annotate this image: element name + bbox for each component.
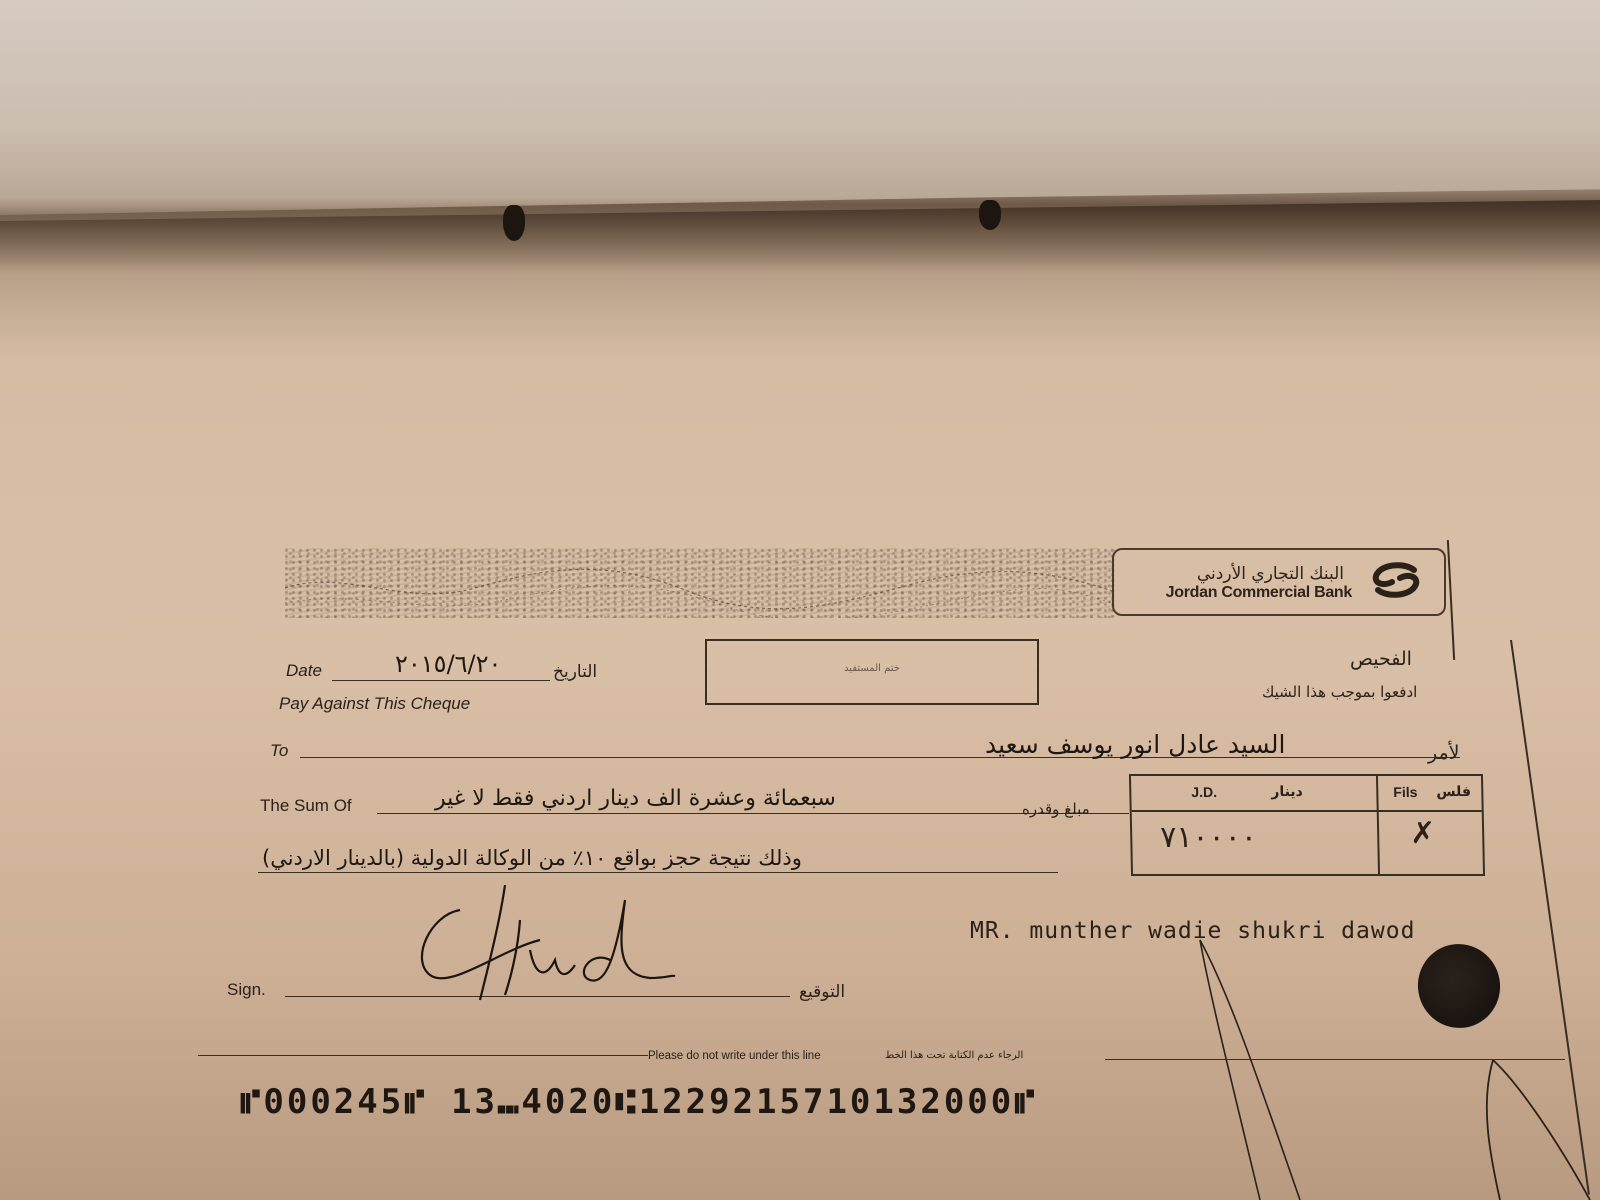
signature-icon [410, 880, 680, 1005]
sum-words-line2[interactable]: وذلك نتيجة حجز بواقع ١٠٪ من الوكالة الدو… [262, 846, 802, 870]
payee-stamp-box: ختم المستفيد [705, 639, 1039, 705]
jd-label-ar: دينار [1271, 784, 1303, 800]
sum-line [377, 813, 1129, 814]
amount-header: J.D. دينار Fils فلس [1131, 776, 1482, 812]
payee-label-ar: لأمر [1428, 742, 1460, 764]
no-write-line-left [198, 1055, 648, 1056]
payee-value[interactable]: السيد عادل انور يوسف سعيد [985, 730, 1285, 759]
date-label: Date [286, 661, 322, 681]
stamp-box-label: ختم المستفيد [707, 663, 1037, 674]
security-wave-icon [285, 548, 1115, 618]
sum-label-ar: مبلغ وقدره [1022, 800, 1090, 818]
bank-name-en: Jordan Commercial Bank [1166, 584, 1352, 602]
bank-name-ar: البنك التجاري الأردني [1197, 564, 1344, 584]
no-write-en: Please do not write under this line [648, 1050, 821, 1062]
micr-line: ⑈000245⑈ 13⑉4020⑆1229215710132000⑈ [240, 1082, 1038, 1122]
pay-against-ar: ادفعوا بموجب هذا الشيك [1262, 683, 1417, 701]
fils-amount[interactable]: ✗ [1410, 816, 1436, 851]
fils-label-ar: فلس [1436, 784, 1471, 800]
sign-label-ar: التوقيع [799, 982, 845, 1002]
cheque-edge-top [1447, 540, 1455, 660]
pen-mark-icon [1190, 935, 1600, 1200]
pay-against-en: Pay Against This Cheque [279, 694, 470, 714]
date-label-ar: التاريخ [553, 662, 597, 682]
amount-box: J.D. دينار Fils فلس ٧١٠٠٠٠ ✗ [1129, 774, 1485, 876]
date-value[interactable]: ٢٠١٥/٦/٢٠ [395, 650, 501, 678]
bank-logo: البنك التجاري الأردني Jordan Commercial … [1112, 548, 1446, 616]
no-write-ar: الرجاء عدم الكتابة تحت هذا الخط [885, 1050, 1023, 1061]
no-write-line-right [1105, 1059, 1565, 1060]
bank-logo-icon [1370, 560, 1422, 600]
jd-amount[interactable]: ٧١٠٠٠٠ [1160, 820, 1257, 855]
branch-name: الفحيص [1350, 648, 1412, 670]
cheque: البنك التجاري الأردني Jordan Commercial … [0, 0, 1600, 1200]
sum-words-line1[interactable]: سبعمائة وعشرة الف دينار اردني فقط لا غير [435, 786, 836, 811]
jd-label-en: J.D. [1191, 784, 1217, 800]
sign-label: Sign. [227, 980, 266, 1000]
date-line [332, 680, 550, 681]
sum-label: The Sum Of [260, 796, 352, 816]
sum-line-2 [258, 872, 1058, 873]
payee-line [300, 757, 1460, 758]
fils-label-en: Fils [1393, 784, 1417, 800]
payee-label: To [270, 741, 288, 761]
